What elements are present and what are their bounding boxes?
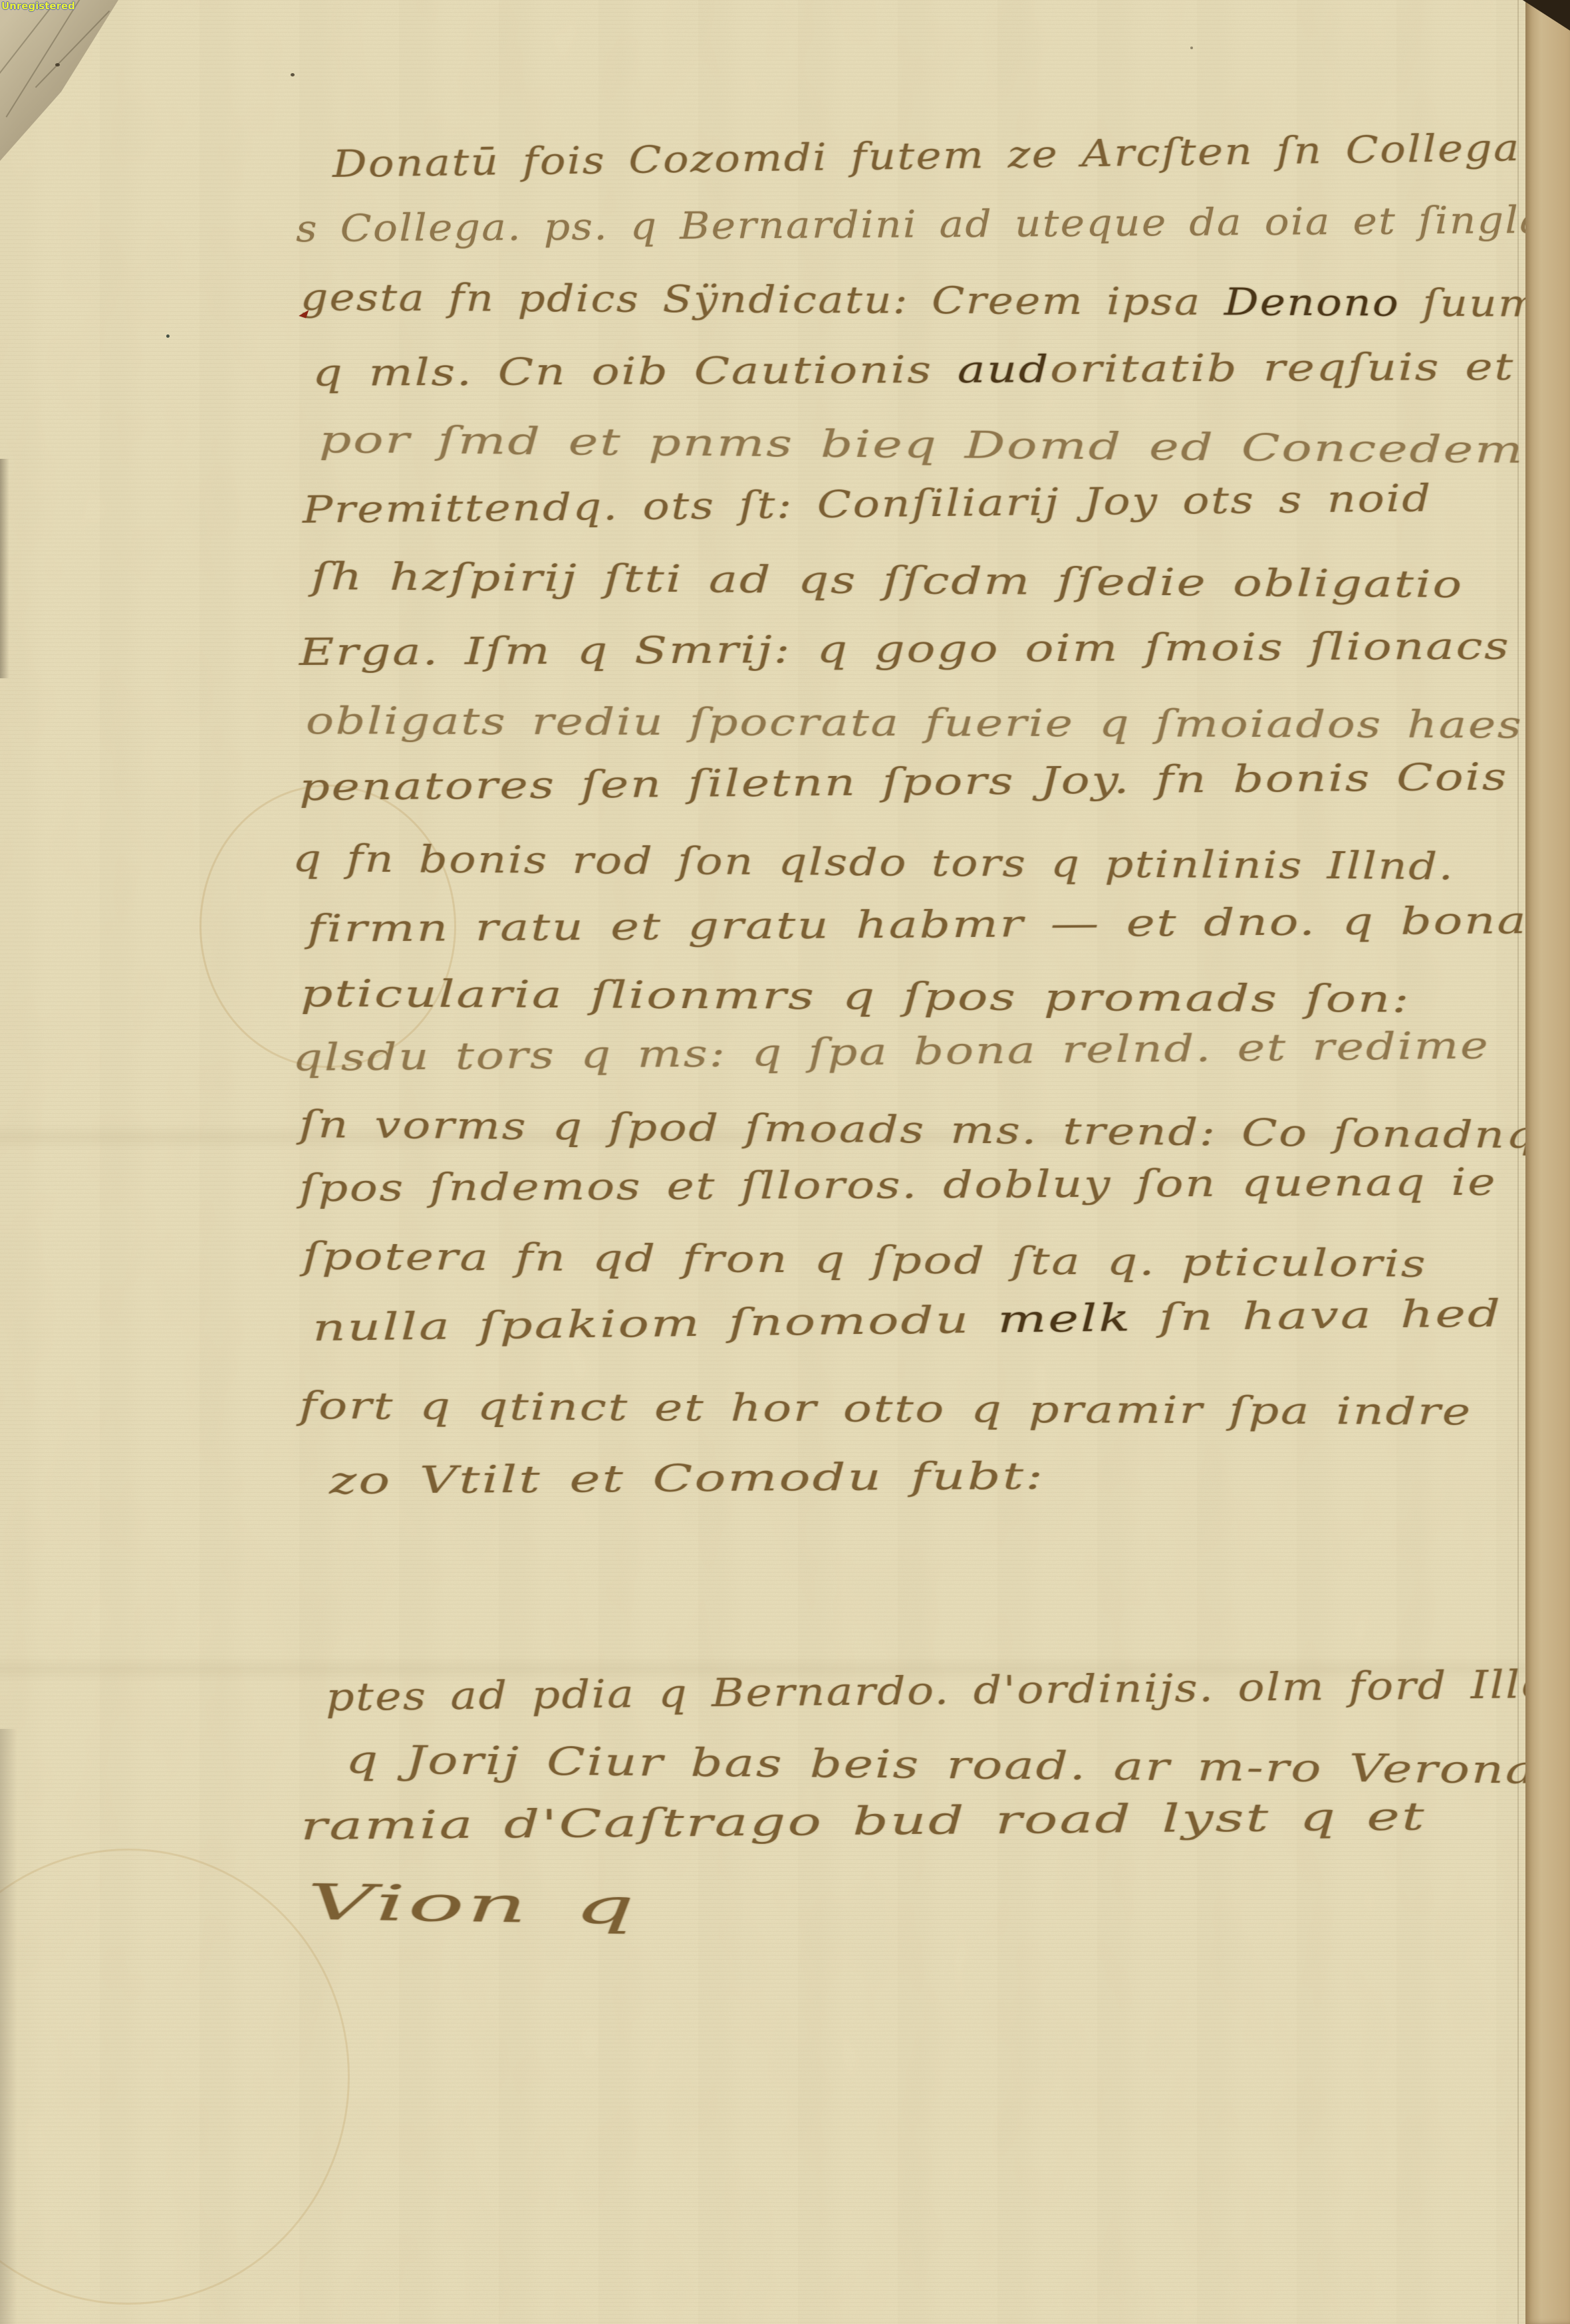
manuscript-page: Donatū fois Cozomdi futem ze Arcſten ſn … (0, 0, 1570, 2324)
manuscript-line: ptes ad pdia q Bernardo. d'ordinijs. olm… (326, 1661, 1570, 1720)
manuscript-line: fort q qtinct et hor otto q pramir ſpa i… (299, 1384, 1472, 1434)
manuscript-line: ſh hzſpirij ſtti ad qs ſſcdm ſſedie obli… (311, 555, 1464, 606)
manuscript-line: pticularia ſlionmrs q ſpos promads ſon: (301, 972, 1411, 1021)
ink-speck (1190, 47, 1193, 49)
manuscript-line: ſpotera fn qd fron q ſpod ſta q. pticulo… (303, 1235, 1428, 1286)
crease-line (6, 0, 81, 118)
ink-speck (55, 63, 60, 66)
manuscript-line: ſpos ſndemos et ſlloros. dobluy ſon quen… (299, 1161, 1497, 1210)
line-segment-dark: aud (958, 348, 1050, 392)
manuscript-line: Erga. Iſm q Smrij: q gogo oim ſmois ſlio… (299, 624, 1511, 674)
line-segment: gesta fn pdics Sÿndicatu: Creem ipsa (301, 276, 1224, 324)
manuscript-line: qlsdu tors q ms: q ſpa bona relnd. et re… (293, 1024, 1490, 1080)
scanner-watermark: Unregistered (1, 0, 75, 12)
crease-line (0, 7, 52, 107)
manuscript-line: obligats rediu ſpocrata fuerie q ſmoiado… (306, 700, 1523, 747)
ink-speck (291, 73, 295, 76)
page-edge-crease (1517, 0, 1519, 2324)
line-segment: nulla ſpakiom ſnomodu (313, 1298, 998, 1350)
manuscript-line: firmn ratu et gratu habmr — et dno. q bo… (307, 899, 1528, 951)
line-segment: q mls. Cn oib Cautionis (313, 348, 958, 395)
manuscript-line: por ſmd et pnms bieq Domd ed Concedem re (319, 418, 1570, 473)
manuscript-line: ramia d'Caſtrago bud road lyst q et (301, 1793, 1426, 1849)
line-segment-dark: melk (997, 1297, 1132, 1341)
manuscript-line: gesta fn pdics Sÿndicatu: Creem ipsa Den… (301, 276, 1567, 326)
manuscript-line: Premittendq. ots ſt: Conſiliarij Joy ots… (303, 477, 1432, 532)
crease-line (35, 11, 110, 88)
line-segment: ſn hava hed (1131, 1292, 1502, 1340)
manuscript-line: q Jorij Ciur bas beis road. ar m-ro Vero… (346, 1737, 1537, 1793)
underlying-leaf-edge (1525, 0, 1570, 2324)
manuscript-line: Vion q (307, 1874, 637, 1936)
manuscript-line: nulla ſpakiom ſnomodu melk ſn hava hed (313, 1292, 1503, 1350)
left-edge-shadow (0, 459, 9, 678)
manuscript-line: ſn vorms q ſpod ſmoads ms. trend: Co ſon… (299, 1103, 1538, 1157)
manuscript-line: q fn bonis rod ſon qlsdo tors q ptinlini… (293, 837, 1455, 888)
manuscript-line: s Collega. ps. q Bernardini ad uteque da… (296, 199, 1546, 251)
manuscript-line: penatores ſen ſiletnn ſpors Joy. fn boni… (299, 755, 1509, 809)
folded-corner (0, 0, 133, 173)
bleed-through-writing (0, 0, 199, 100)
ink-speck (166, 334, 170, 338)
manuscript-line: zo Vtilt et Comodu fubt: (329, 1454, 1045, 1503)
stain-tide-line (0, 1849, 350, 2305)
left-edge-fray (0, 1729, 17, 2324)
manuscript-line: q mls. Cn oib Cautionis audoritatib reqſ… (313, 346, 1515, 395)
line-segment: oritatib reqſuis et (1050, 346, 1515, 392)
line-segment-dark: Denono (1224, 281, 1400, 324)
manuscript-line: Donatū fois Cozomdi futem ze Arcſten ſn … (332, 126, 1570, 186)
